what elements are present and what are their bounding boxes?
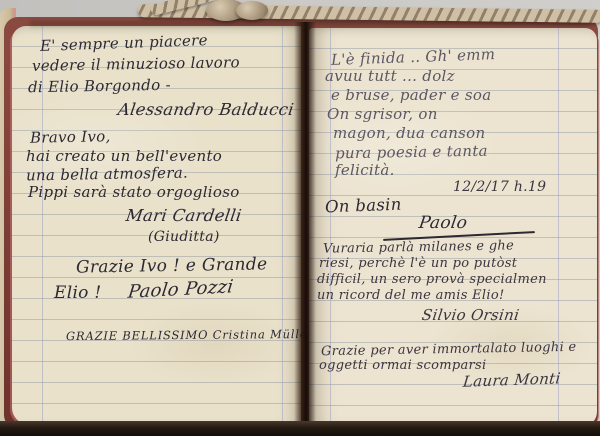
handwritten-line: oggetti ormai scomparsi [319, 358, 486, 373]
page-left: E' sempre un piacere vedere il minuzioso… [12, 26, 301, 424]
handwritten-line: una bella atmosfera. [26, 164, 188, 185]
handwritten-line: avuu tutt ... dolz [325, 67, 455, 85]
guestbook-photo: E' sempre un piacere vedere il minuzioso… [0, 0, 600, 436]
handwritten-line: Vuraria parlà milanes e ghe [323, 238, 514, 256]
handwritten-line: magon, dua canson [333, 124, 485, 142]
handwritten-line: difficil, un sero provà specialmen [317, 272, 547, 287]
handwritten-line: e bruse, pader e soa [331, 86, 491, 104]
handwritten-line: riesi, perchè l'è un po putòst [319, 256, 517, 271]
handwritten-line: Grazie per aver immortalato luoghi e [321, 340, 577, 359]
handwritten-line: Pippi sarà stato orgoglioso [28, 183, 240, 201]
signature: Alessandro Balducci [117, 100, 296, 119]
handwritten-line: vedere il minuzioso lavoro [32, 53, 240, 75]
signature: Paolo Pozzi [127, 276, 235, 303]
handwritten-line: Elio ! [54, 283, 102, 303]
handwritten-line: Grazie Ivo ! e Grande [76, 254, 268, 277]
signature: Silvio Orsini [421, 306, 521, 324]
spine-gutter [294, 22, 316, 426]
margin-line-right [558, 28, 559, 426]
handwritten-line: un ricord del me amis Elio! [317, 288, 504, 303]
margin-line-right [282, 26, 283, 424]
handwritten-line: felicità. [335, 161, 395, 179]
entry-date: 12/2/17 h.19 [453, 179, 546, 195]
handwritten-line: pura poesia e tanta [335, 142, 488, 163]
handwritten-line: On basin [325, 195, 402, 217]
handwritten-line: L'è finida .. Gh' emm [331, 45, 496, 69]
handwritten-line: hai creato un bell'evento [26, 147, 222, 165]
signature: (Giuditta) [148, 229, 220, 245]
cord-shadow [30, 21, 590, 26]
handwritten-line: GRAZIE BELLISSIMO Cristina Müller [66, 327, 314, 343]
signature: Paolo [418, 213, 469, 233]
handwritten-line: On sgrisor, on [327, 105, 438, 123]
handwritten-line: Bravo Ivo, [30, 127, 111, 146]
handwritten-line: E' sempre un piacere [40, 31, 208, 55]
page-right: L'è finida .. Gh' emm avuu tutt ... dolz… [309, 28, 597, 426]
handwritten-line: di Elio Borgondo - [28, 76, 171, 96]
rope-knot [236, 1, 268, 20]
signature: Mari Cardelli [125, 206, 243, 225]
signature: Laura Monti [462, 369, 561, 390]
table-surface [0, 421, 600, 436]
